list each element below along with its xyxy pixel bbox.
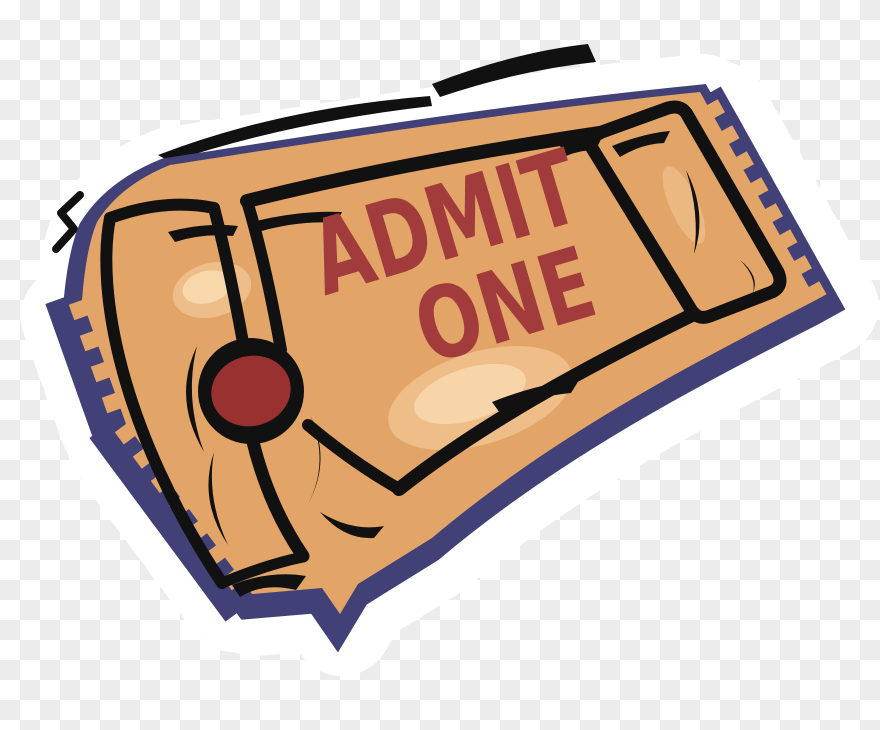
admit-one-ticket-illustration: ADMIT ONE (0, 0, 880, 730)
transparent-checkerboard-background: ADMIT ONE (0, 0, 880, 730)
